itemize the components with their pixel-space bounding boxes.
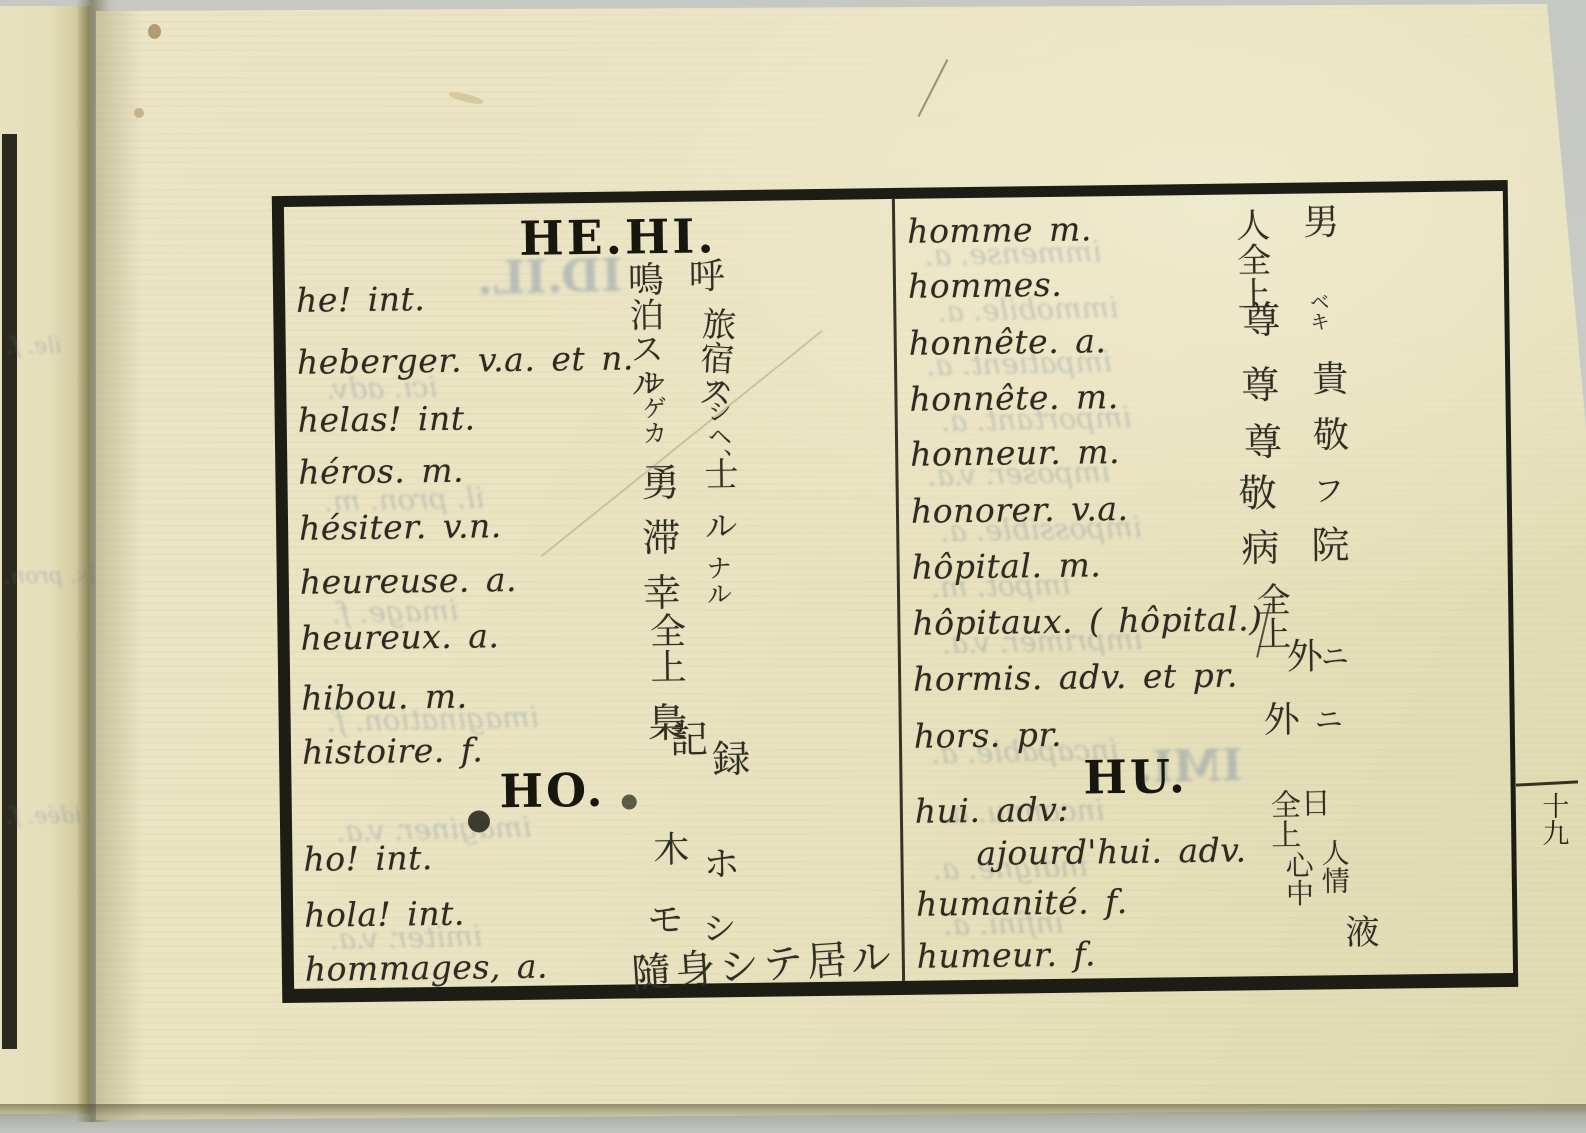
entry-gloss-kanji: 外	[1287, 628, 1324, 679]
entry-gloss-kana: ホ	[703, 836, 740, 887]
ink-blot	[468, 810, 490, 832]
bleed-through-text: ile. f.	[6, 336, 62, 358]
entry-gloss-kana: ル	[705, 501, 738, 547]
entry-french: heberger. v.a. et n.	[297, 340, 634, 381]
stain	[448, 90, 485, 106]
entry-french: honnête. m.	[909, 379, 1119, 418]
entry-gloss-kana: ニ	[1321, 635, 1350, 675]
ink-blot	[622, 794, 637, 809]
entry-gloss-kanji: 全上	[1253, 582, 1288, 650]
entry-gloss-kanji: 敬	[1238, 462, 1277, 517]
entry-gloss-kanji: 全上	[646, 612, 683, 684]
entry-gloss-kanji: 貴	[1312, 351, 1349, 402]
entry-gloss-kanji: 尊	[1242, 289, 1281, 344]
previous-page-frame-border	[2, 134, 17, 1049]
entry-gloss-kanji: 病	[1241, 517, 1280, 572]
entry-gloss-kana: モ	[647, 892, 684, 943]
entry-gloss-kana: ニ	[1314, 698, 1343, 738]
entry-gloss-kanji: 心中	[1283, 851, 1312, 907]
entry-gloss-kanji: 尊	[1244, 411, 1283, 466]
entry-gloss-kanji: 敬	[1313, 407, 1350, 458]
entry-gloss-kanji: 外	[1263, 692, 1300, 743]
entry-gloss-kanji: 男	[1303, 194, 1340, 245]
entry-french: he! int.	[296, 281, 426, 319]
entry-gloss-kanji: 尊	[1241, 354, 1280, 409]
section-header-hu: HU.	[1083, 749, 1188, 804]
entry-french: hôpital. m.	[911, 547, 1101, 586]
entry-gloss-kana: ナル	[703, 554, 730, 606]
section-header-ho: HO.	[499, 763, 606, 818]
page-number: 十九	[1538, 792, 1566, 846]
book-photo: ile. f. ils. pron. idée. f. ID.IL. ici. …	[0, 0, 1586, 1133]
entry-gloss-kanji: 幸	[643, 562, 682, 617]
entry-french: humeur. f.	[917, 936, 1097, 975]
entry-french: heureuse. a.	[300, 562, 518, 601]
entry-gloss-kana: フ	[1313, 466, 1344, 510]
entry-gloss-kanji: 院	[1311, 514, 1350, 569]
dictionary-table: ID.IL. ici. adv. il. pron. m. image. f. …	[284, 191, 1513, 989]
stain	[148, 24, 161, 39]
entry-french: hésiter. v.n.	[299, 508, 502, 547]
entry-french: hola! int.	[304, 896, 465, 934]
entry-french: homme m.	[907, 211, 1092, 250]
column-divider	[892, 199, 905, 981]
bleed-through-text: idée. f.	[6, 806, 82, 829]
entry-french: ho! int.	[303, 840, 433, 878]
entry-french: humanité. f.	[916, 884, 1128, 923]
entry-french: honneur. m.	[910, 434, 1120, 473]
entry-gloss-kana: 木	[653, 822, 690, 873]
entry-french: hommes.	[908, 267, 1063, 305]
entry-gloss-kanji: 液	[1345, 905, 1380, 954]
entry-gloss-kanji: 鳴	[628, 252, 665, 303]
entry-french: hui. adv:	[915, 792, 1070, 830]
page-number-rule	[1516, 780, 1578, 786]
entry-french: hormis. adv. et pr.	[913, 658, 1238, 699]
entry-gloss-kanji: 録	[712, 728, 751, 783]
entry-french: honorer. v.a.	[911, 491, 1129, 530]
stain	[134, 108, 144, 118]
entry-gloss-kanji: 士	[704, 447, 739, 496]
entry-french: hommages, a.	[305, 949, 549, 988]
dictionary-frame: ID.IL. ici. adv. il. pron. m. image. f. …	[272, 180, 1518, 1003]
page-curl-shade	[96, 4, 142, 1129]
entry-gloss-kana: ベキ	[1308, 291, 1329, 331]
main-page: ID.IL. ici. adv. il. pron. m. image. f. …	[96, 4, 1586, 1129]
entry-gloss-kanji: 呼	[688, 248, 725, 299]
entry-gloss-kanji: 全上	[1267, 789, 1298, 849]
entry-gloss-kanji: 記	[670, 708, 709, 763]
entry-french: histoire. f.	[302, 732, 484, 771]
entry-gloss-kanji: 勇	[641, 452, 680, 507]
entry-gloss-kanji: 人	[1236, 198, 1271, 247]
scratch-mark	[918, 59, 949, 117]
entry-french: honnête. a.	[909, 323, 1107, 362]
section-header-hehi: HE.HI.	[519, 209, 717, 267]
entry-french: hors. pr.	[914, 717, 1063, 755]
entry-gloss-kana: ナゲカ	[640, 370, 666, 445]
entry-french: ajourd'hui. adv.	[976, 832, 1247, 872]
entry-gloss-kanji: 人情	[1319, 838, 1348, 894]
entry-french: héros. m.	[298, 453, 464, 491]
entry-gloss-kanji: 滞	[642, 507, 681, 562]
entry-french: hôpitaux. ( hôpital.)	[912, 601, 1263, 642]
entry-french: helas! int.	[297, 400, 475, 439]
entry-gloss-kanji: 日	[1300, 778, 1331, 822]
entry-french: heureux. a.	[300, 618, 499, 657]
entry-french: hibou. m.	[301, 679, 468, 717]
